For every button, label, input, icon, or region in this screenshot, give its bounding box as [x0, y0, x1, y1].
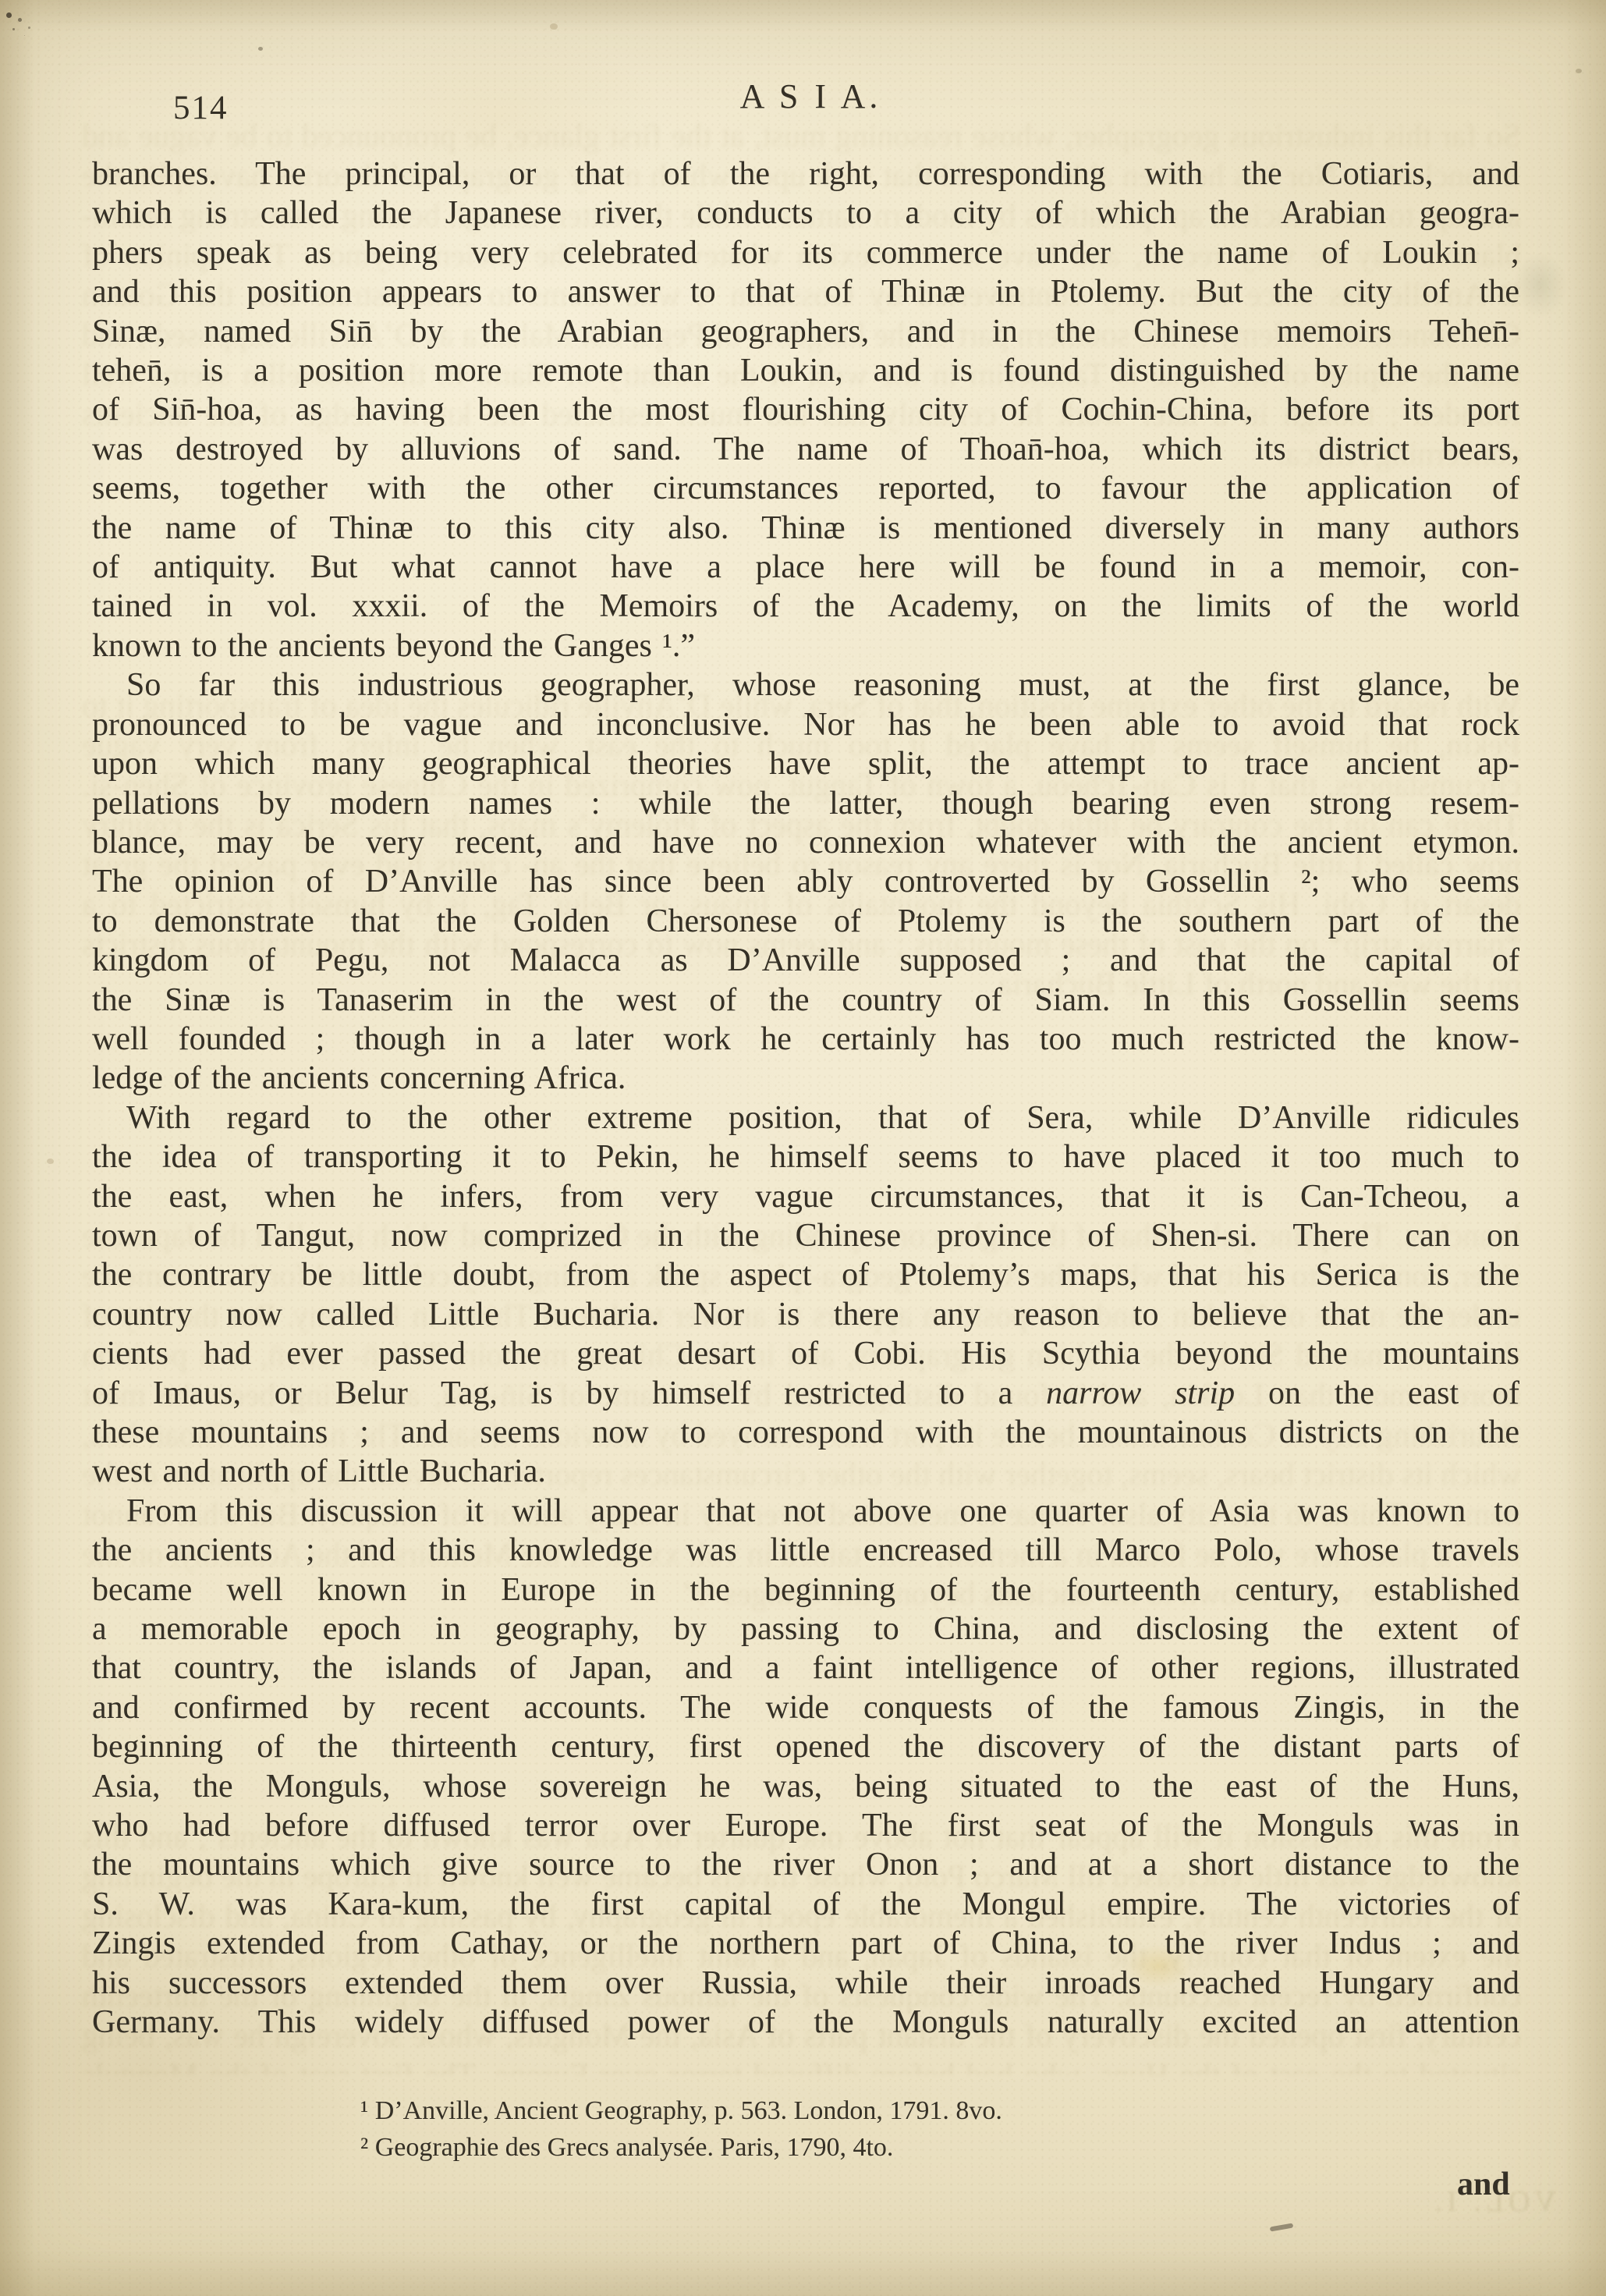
text-line: these mountains ; and seems now to corre… — [92, 1413, 1519, 1452]
text-line: that country, the islands of Japan, and … — [92, 1648, 1519, 1687]
text-line: the Sinæ is Tanaserim in the west of the… — [92, 981, 1519, 1020]
text-line: of Imaus, or Belur Tag, is by himself re… — [92, 1374, 1519, 1413]
text-line: ledge of the ancients concerning Africa. — [92, 1059, 1519, 1098]
text-line: the mountains which give source to the r… — [92, 1845, 1519, 1884]
footnote: ¹ D’Anville, Ancient Geography, p. 563. … — [360, 2092, 1374, 2129]
text-line: pronounced to be vague and inconclusive.… — [92, 705, 1519, 744]
text-line: blance, may be very recent, and have no … — [92, 823, 1519, 862]
printed-content: 514 A S I A. branches. The principal, or… — [0, 0, 1606, 2296]
text-line: Sinæ, named Sin̄ by the Arabian geograph… — [92, 312, 1519, 351]
text-line: his successors extended them over Russia… — [92, 1964, 1519, 2003]
text-line: which is called the Japanese river, cond… — [92, 193, 1519, 232]
paragraph: branches. The principal, or that of the … — [92, 154, 1519, 665]
catchword: and — [1457, 2166, 1510, 2203]
text-line: was destroyed by alluvions of sand. The … — [92, 430, 1519, 469]
text-line: country now called Little Bucharia. Nor … — [92, 1295, 1519, 1334]
running-head: A S I A. — [8, 76, 1606, 116]
text-line: to demonstrate that the Golden Chersones… — [92, 902, 1519, 941]
text-line: tained in vol. xxxii. of the Memoirs of … — [92, 587, 1519, 626]
text-line: and confirmed by recent accounts. The wi… — [92, 1688, 1519, 1727]
text-line: a memorable epoch in geography, by passi… — [92, 1609, 1519, 1648]
text-line: known to the ancients beyond the Ganges … — [92, 626, 1519, 665]
text-line: upon which many geographical theories ha… — [92, 744, 1519, 783]
scanned-book-page: So far this industrious geographer, whos… — [0, 0, 1606, 2296]
text-line: S. W. was Kara-kum, the first capital of… — [92, 1885, 1519, 1924]
text-line: the contrary be little doubt, from the a… — [92, 1255, 1519, 1294]
text-line: With regard to the other extreme positio… — [92, 1098, 1519, 1137]
text-line: who had before diffused terror over Euro… — [92, 1806, 1519, 1845]
text-line: the name of Thinæ to this city also. Thi… — [92, 509, 1519, 548]
text-line: From this discussion it will appear that… — [92, 1492, 1519, 1531]
text-line: and this position appears to answer to t… — [92, 272, 1519, 311]
text-line: the ancients ; and this knowledge was li… — [92, 1531, 1519, 1570]
text-line: Zingis extended from Cathay, or the nort… — [92, 1924, 1519, 1963]
footnotes: ¹ D’Anville, Ancient Geography, p. 563. … — [360, 2092, 1374, 2166]
paragraph: So far this industrious geographer, whos… — [92, 665, 1519, 1098]
text-line: of antiquity. But what cannot have a pla… — [92, 548, 1519, 587]
text-line: tehen̄, is a position more remote than L… — [92, 351, 1519, 390]
text-line: kingdom of Pegu, not Malacca as D’Anvill… — [92, 941, 1519, 980]
text-line: of Sin̄-hoa, as having been the most flo… — [92, 390, 1519, 429]
text-line: beginning of the thirteenth century, fir… — [92, 1727, 1519, 1766]
text-line: the east, when he infers, from very vagu… — [92, 1177, 1519, 1216]
text-line: branches. The principal, or that of the … — [92, 154, 1519, 193]
text-line: pellations by modern names : while the l… — [92, 784, 1519, 823]
text-line: Asia, the Monguls, whose sovereign he wa… — [92, 1767, 1519, 1806]
paragraph: From this discussion it will appear that… — [92, 1492, 1519, 2042]
paragraph: With regard to the other extreme positio… — [92, 1098, 1519, 1492]
text-line: phers speak as being very celebrated for… — [92, 233, 1519, 272]
text-line: So far this industrious geographer, whos… — [92, 665, 1519, 704]
text-line: well founded ; though in a later work he… — [92, 1020, 1519, 1059]
text-line: seems, together with the other circumsta… — [92, 469, 1519, 508]
text-line: west and north of Little Bucharia. — [92, 1452, 1519, 1491]
text-line: Germany. This widely diffused power of t… — [92, 2003, 1519, 2042]
text-line: the idea of transporting it to Pekin, he… — [92, 1137, 1519, 1176]
text-line: became well known in Europe in the begin… — [92, 1570, 1519, 1609]
text-line: cients had ever passed the great desart … — [92, 1334, 1519, 1373]
footnote: ² Geographie des Grecs analysée. Paris, … — [360, 2129, 1374, 2166]
body-text: branches. The principal, or that of the … — [92, 154, 1519, 2042]
text-line: town of Tangut, now comprized in the Chi… — [92, 1216, 1519, 1255]
text-line: The opinion of D’Anville has since been … — [92, 862, 1519, 901]
